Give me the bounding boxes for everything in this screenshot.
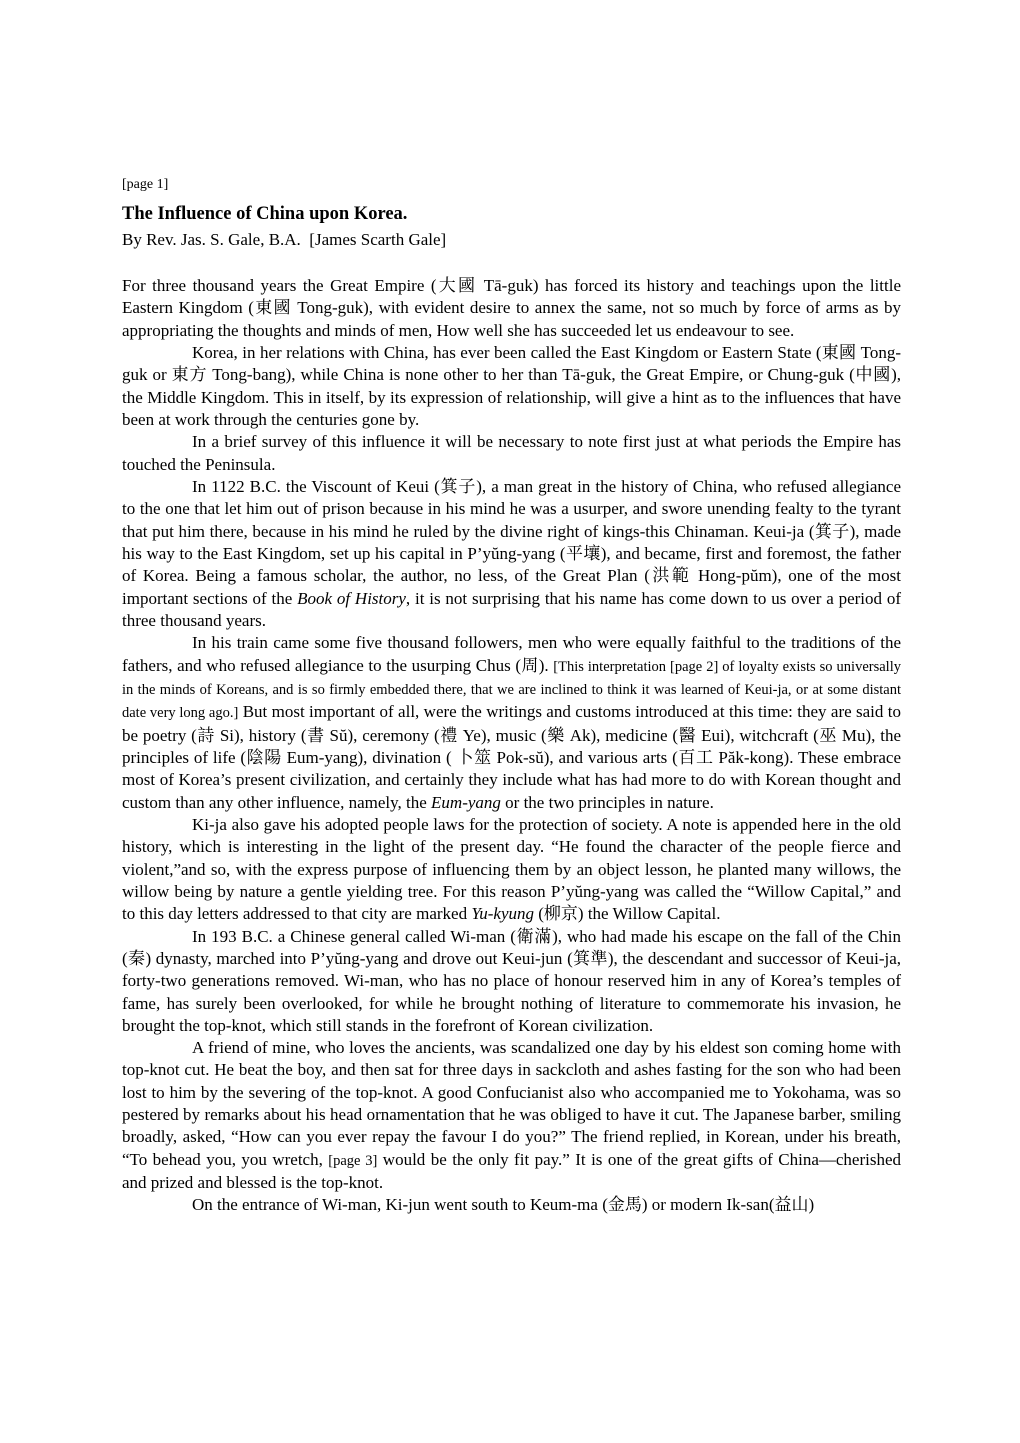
paragraph-1-text: For three thousand years the Great Empir… xyxy=(122,276,901,340)
paragraph-6-text-end: (柳京) the Willow Capital. xyxy=(534,904,720,923)
paragraph-9-text: On the entrance of Wi-man, Ki-jun went s… xyxy=(192,1195,814,1214)
paragraph-8: A friend of mine, who loves the ancients… xyxy=(122,1037,901,1194)
paragraph-2-text: Korea, in her relations with China, has … xyxy=(122,343,901,429)
document-page: [page 1] The Influence of China upon Kor… xyxy=(0,0,1020,1443)
document-title: The Influence of China upon Korea. xyxy=(122,202,901,226)
paragraph-6-italic-yu-kyung: Yu-kyung xyxy=(471,904,534,923)
paragraph-1: For three thousand years the Great Empir… xyxy=(122,275,901,342)
paragraph-7: In 193 B.C. a Chinese general called Wi-… xyxy=(122,926,901,1038)
paragraph-2: Korea, in her relations with China, has … xyxy=(122,342,901,431)
page-marker: [page 1] xyxy=(122,176,901,193)
paragraph-9: On the entrance of Wi-man, Ki-jun went s… xyxy=(122,1194,901,1216)
paragraph-5-italic-eum-yang: Eum-yang xyxy=(431,793,501,812)
paragraph-5-text-end: or the two principles in nature. xyxy=(501,793,714,812)
paragraph-4: In 1122 B.C. the Viscount of Keui (箕子), … xyxy=(122,476,901,632)
paragraph-7-text: In 193 B.C. a Chinese general called Wi-… xyxy=(122,927,901,1035)
paragraph-8-small-page-3: [page 3] xyxy=(328,1153,377,1169)
text-block: [page 1] The Influence of China upon Kor… xyxy=(122,176,901,1217)
paragraph-5: In his train came some five thousand fol… xyxy=(122,632,901,814)
document-body: For three thousand years the Great Empir… xyxy=(122,275,901,1217)
document-byline: By Rev. Jas. S. Gale, B.A. [James Scarth… xyxy=(122,229,901,251)
paragraph-6: Ki-ja also gave his adopted people laws … xyxy=(122,814,901,926)
paragraph-3-text: In a brief survey of this influence it w… xyxy=(122,432,901,473)
paragraph-4-italic-book-of-history: Book of History xyxy=(297,589,406,608)
paragraph-3: In a brief survey of this influence it w… xyxy=(122,431,901,476)
